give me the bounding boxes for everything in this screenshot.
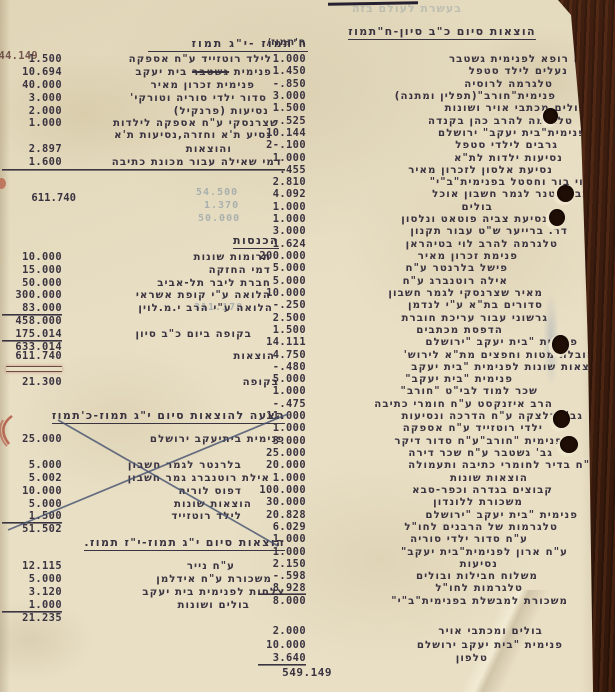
row-label: נסיעות ילדות לת"א bbox=[306, 153, 563, 164]
row-amount: 611.740 bbox=[2, 350, 62, 362]
ledger-row: דר. ברייער ש"ט עבור תקנון 3.000 bbox=[258, 225, 598, 237]
row-label: ע"ח רופא לפנימית גשטבר bbox=[306, 54, 596, 65]
double-rule bbox=[6, 366, 62, 372]
row-label: נעלים לילד סטפל bbox=[306, 66, 568, 77]
row-label: לילד רוטזייד ע"ח אספקה bbox=[62, 54, 272, 65]
row-label: טלגרמות של הרבנים לחו"ל bbox=[306, 522, 558, 533]
paper-sheet: הוצאות סיום כ"ב סיון-ח"תמוז ח'תמוז/ ח'תמ… bbox=[0, 0, 615, 692]
row-amount: 2.000 bbox=[258, 625, 306, 637]
row-label: פנימית "בית יעקב" bbox=[306, 374, 513, 385]
row-label: קבוצים בגדרה וכפר-סבא bbox=[306, 485, 553, 496]
row-amount: 3.120 bbox=[2, 586, 62, 598]
row-label: בולים ומכתבי אויר bbox=[306, 626, 543, 637]
ledger-row: נסיעת אלסון לזכרון מאיר -.455 bbox=[258, 164, 598, 176]
ledger-row: טלגרמה להרב לוי בטיהראן 1.624 bbox=[258, 238, 598, 250]
bleed-through-text: 1.370 bbox=[204, 200, 239, 211]
ledger-row: פנימית "חורב"ע"ח סדור דיקר 3.000 bbox=[258, 435, 598, 447]
ledger-row: נעלים לילד סטפל 1.450 bbox=[258, 65, 598, 77]
ledger-row: הלואה ע"י הרב י.מ.לוין 83.000 bbox=[2, 302, 285, 315]
row-amount: 3.640 bbox=[258, 652, 306, 664]
ledger-row: 458.000 bbox=[2, 315, 285, 328]
ledger-row: בולים 1.000 bbox=[258, 201, 598, 213]
row-label: טלגרמה להרב לוי בטיהראן bbox=[306, 239, 558, 250]
row-label: טלגרמות לחו"ל bbox=[306, 583, 523, 594]
row-label: שכר למוד לבי"ט "חורב" bbox=[306, 386, 538, 397]
summary-expenses-row: הוצאות 611.740 bbox=[2, 350, 285, 363]
red-mark bbox=[0, 178, 6, 189]
row-amount: 15.000 bbox=[2, 264, 62, 276]
row-label: משכורת למבשלת בפנימית"ב"י" bbox=[306, 596, 568, 607]
row-amount: 1.600 bbox=[2, 156, 62, 168]
ledger-row: גרשוני עבור עריכת חוברת 2.500 bbox=[258, 312, 598, 324]
left-expenses-list: לילד רוטזייד ע"ח אספקה 544.1491.500 פנימ… bbox=[2, 53, 285, 169]
row-amount: 1.000 bbox=[258, 201, 306, 213]
ledger-row: קבוצים בגדרה וכפר-סבא 100.000 bbox=[258, 484, 598, 496]
ledger-row: הרב איזנקסט ע"ח חומרי כתיבה -.475 bbox=[258, 398, 598, 410]
row-amount: 1.000 bbox=[2, 117, 62, 129]
row-label: ע"ח נייר bbox=[62, 561, 235, 572]
row-label: נקוי בור וחסטל בפנימית"ב"י" bbox=[306, 177, 598, 188]
row-amount: 83.000 bbox=[2, 302, 62, 314]
row-label: צלחות לפנימית בית יעקב bbox=[62, 587, 285, 598]
ledger-row: דמי החזקה 15.000 bbox=[2, 264, 285, 277]
overstruck-number: 544.149 bbox=[0, 50, 38, 62]
row-amount: 175.014 bbox=[2, 328, 62, 340]
ledger-row: נסיע ת'א וחזרה,נסיעות ת'א bbox=[2, 130, 285, 143]
row-label: הרב איזנקסט ע"ח חומרי כתיבה bbox=[306, 399, 553, 410]
row-label: חברת ליבר תל-אביב bbox=[62, 278, 271, 289]
row-label: סדור ילדי סוריה וטורקי' bbox=[62, 93, 267, 104]
ledger-row: סדורים בת"א ע"י לנדמן -.250 bbox=[258, 299, 598, 311]
ledger-row: משכורת למבשלת בפנימית"ב"י" 8.000 bbox=[258, 595, 598, 607]
row-amount: 10.000 bbox=[258, 639, 306, 651]
ledger-row: בולים ושונות 1.000 bbox=[2, 599, 285, 612]
ledger-row: פנימית "בית יעקב "ירושלם 14.111 bbox=[258, 336, 598, 348]
header-rule bbox=[148, 51, 308, 53]
row-label: סדורים בת"א ע"י לנדמן bbox=[306, 300, 543, 311]
ledger-row: פנימית"חורב"(תפלין ומתנה) 3.000 bbox=[258, 90, 598, 102]
row-label: פנימית "בית יעקב "ירושלם bbox=[306, 337, 578, 348]
ledger-row: צלחות לפנימית בית יעקב 3.120 bbox=[2, 586, 285, 599]
ledger-row: נסיעת צביה פוטאט ונלסון 1.000 bbox=[258, 213, 598, 225]
ledger-row: ילדי רוטזייד ע"ח אספקה 1.000 bbox=[258, 422, 598, 434]
row-label: פנימת זכרון מאיר bbox=[306, 251, 518, 262]
row-label: ע"ח ארון לפנימית"בית יעקב" bbox=[306, 547, 568, 558]
row-label: מאיר שצרנסקי לגמר חשבון bbox=[306, 288, 543, 299]
row-label: גרבים לילדי סטפל bbox=[306, 140, 558, 151]
row-amount: 2.000 bbox=[2, 105, 62, 117]
grand-total: 549.149 bbox=[274, 666, 332, 679]
ledger-row: פנימת זכרון מאיר 200.000 bbox=[258, 250, 598, 262]
row-label: הלואה ע"י קופת אשראי bbox=[62, 290, 271, 301]
row-label: גב'גשטנר לגמר חשבון אוכל bbox=[306, 189, 588, 200]
row-label: משכורת ע"ח אידלמן bbox=[62, 574, 272, 585]
ledger-row: גב' גשטבר ע"ח שכר דירה 25.000 bbox=[258, 447, 598, 459]
row-label: טלפון bbox=[306, 653, 488, 664]
ledger-row: מאיר שצרנסקי לגמר חשבון 10.000 bbox=[258, 287, 598, 299]
row-label: טלגרמה לרוסיה bbox=[306, 79, 553, 90]
row-label: דמי שאילה עבור מכונת כתיבה bbox=[62, 157, 282, 168]
row-label: שצרנסקי ע"ח אספקה לילדות bbox=[62, 118, 279, 129]
punch-hole bbox=[549, 209, 565, 226]
row-amount: 5.000 bbox=[2, 573, 62, 585]
red-pencil-mark bbox=[0, 414, 20, 450]
ledger-row: גב'גשטנר לגמר חשבון אוכל 4.092 bbox=[258, 188, 598, 200]
row-amount: 2.897 bbox=[2, 143, 62, 155]
ledger-row: הלואה ע"י קופת אשראי 300.000 bbox=[2, 289, 285, 302]
row-label: בקופה bbox=[62, 377, 279, 388]
row-label: בקופה ביום כ"ב סיון bbox=[62, 329, 252, 340]
ledger-row: נסיעות (פרנקיל) 2.000 bbox=[2, 105, 285, 118]
row-label: הוצאות bbox=[62, 351, 275, 362]
row-label: הדפסת מכתבים bbox=[306, 325, 503, 336]
row-label: ילדי רוטזייד ע"ח אספקה bbox=[306, 423, 543, 434]
row-label: והוצאות bbox=[62, 144, 232, 155]
row-label: הצאות שונות לפנימית "בית יעקב bbox=[306, 362, 598, 373]
ledger-row: תרומות שונות 10.000 bbox=[2, 251, 285, 264]
ledger-row: חברת ליבר תל-אביב 50.000 bbox=[2, 277, 285, 290]
row-amount: 4.092 bbox=[258, 188, 306, 200]
ledger-row: הוצאות שונות 1.000 bbox=[258, 472, 598, 484]
row-amount: 21.300 bbox=[2, 376, 62, 388]
row-label: תרומות שונות bbox=[62, 252, 271, 263]
income-list: תרומות שונות 10.000 דמי החזקה 15.000 חבר… bbox=[2, 251, 285, 353]
bleed-through-text: 50.000 bbox=[198, 213, 240, 224]
row-label: נסיעות bbox=[306, 559, 498, 570]
ledger-row: ע"ח סדור ילדי סוריה 1.000 bbox=[258, 533, 598, 545]
row-amount: 40.000 bbox=[2, 79, 62, 91]
punch-hole bbox=[557, 185, 574, 202]
punch-hole bbox=[543, 108, 558, 124]
left-section-title: ח'תמוז -י"ג תמוז bbox=[150, 37, 308, 50]
row-label: אילה רוטנברג ע"ח bbox=[306, 276, 508, 287]
ledger-row: שכר למוד לבי"ט "חורב" 1.000 bbox=[258, 385, 598, 397]
row-amount: 1.000 bbox=[258, 213, 306, 225]
ledger-row: הובלת מטות וחפצים מת"א לירוש' 4.750 bbox=[258, 349, 598, 361]
row-amount: 544.1491.500 bbox=[2, 53, 62, 65]
summary-section: הוצאות 611.740 בקופה 21.300 bbox=[2, 350, 285, 389]
ledger-row: דמי שאילה עבור מכונת כתיבה 1.600 bbox=[2, 156, 285, 169]
ledger-row: פנימית "בית יעקב "ירושלם 20.828 bbox=[258, 509, 598, 521]
ledger-row: ע"ח רופא לפנימית גשטבר 1.000 bbox=[258, 53, 598, 65]
ledger-row: אילה רוטנברג ע"ח 5.000 bbox=[258, 275, 598, 287]
row-label: נסיעות (פרנקיל) bbox=[62, 106, 269, 117]
income-title-wrap: הכנסות bbox=[2, 229, 279, 249]
document-page: הוצאות סיום כ"ב סיון-ח"תמוז ח'תמוז/ ח'תמ… bbox=[0, 0, 615, 692]
row-label: פנימית זכרון מאיר bbox=[62, 80, 255, 91]
row-amount: 3.000 bbox=[2, 92, 62, 104]
row-amount: 2.810 bbox=[258, 176, 306, 188]
row-amount: 1.000 bbox=[2, 599, 62, 611]
row-label: הלואה ע"י הרב י.מ.לוין bbox=[62, 303, 273, 314]
expenses-list: ע"ח רופא לפנימית גשטבר 1.000 נעלים לילד … bbox=[258, 53, 598, 607]
row-label: פנימית"בית יעקב" ירושלם bbox=[306, 128, 586, 139]
ledger-row: פנימית "בית יעקב" 5.000 bbox=[258, 373, 598, 385]
ledger-row: משלוח חבילות ובולים -.598 bbox=[258, 570, 598, 582]
row-amount: 10.694 bbox=[2, 66, 62, 78]
ledger-row: גב'שדלצקה ע"ח הדרכה ונסיעות 11.000 bbox=[258, 410, 598, 422]
row-label: פישל בלרנטר ע"ח bbox=[306, 263, 508, 274]
expenses-section-title: הוצאות סיום כ"ב סיון-ח"תמוז bbox=[348, 25, 536, 40]
ledger-row: טלגרמות לחו"ל 8.928 bbox=[258, 582, 598, 594]
ledger-row: לילד רוטזייד ע"ח אספקה 544.1491.500 bbox=[2, 53, 285, 66]
row-label: פנימית "בית יעקב "ירושלם bbox=[306, 510, 578, 521]
row-label: משכורת ללונדון bbox=[306, 497, 523, 508]
row-amount: 12.115 bbox=[2, 560, 62, 572]
row-label: נסיעת אלסון לזכרון מאיר bbox=[306, 165, 553, 176]
row-label: בולים ושונות bbox=[62, 600, 250, 611]
row-label: משלוח חבילות ובולים bbox=[306, 571, 538, 582]
row-label: דר. ברייער ש"ט עבור תקנון bbox=[306, 226, 568, 237]
ledger-row: נסיעות ילדות לת"א 1.000 bbox=[258, 152, 598, 164]
row-label: נסיע ת'א וחזרה,נסיעות ת'א bbox=[62, 130, 272, 141]
ledger-row: ע"ח ארון לפנימית"בית יעקב" 1.000 bbox=[258, 546, 598, 558]
row-label: בולים bbox=[306, 202, 493, 213]
punch-hole bbox=[560, 436, 578, 453]
row-label: טלגרמה להרב כהן בקנדה bbox=[306, 116, 573, 127]
row-label: גב' גשטבר ע"ח שכר דירה bbox=[306, 448, 553, 459]
ledger-row: גרבים לילדי סטפל 2-.100 bbox=[258, 139, 598, 151]
ledger-row: משכורת ע"ח אידלמן 5.000 bbox=[2, 573, 285, 586]
punch-hole bbox=[553, 410, 570, 428]
ledger-row: בולים ומכתבי אויר 2.000 bbox=[258, 625, 598, 639]
row-label: פנימית "חורב"ע"ח סדור דיקר bbox=[306, 436, 563, 447]
income-section: הכנסות תרומות שונות 10.000 דמי החזקה 15.… bbox=[2, 229, 285, 353]
row-amount: 50.000 bbox=[2, 277, 62, 289]
ledger-row: בקופה ביום כ"ב סיון 175.014 bbox=[2, 328, 285, 341]
row-label: נסיעת צביה פוטאט ונלסון bbox=[306, 214, 548, 225]
row-label: פנימית "בית יעקב ירושלם bbox=[306, 640, 563, 651]
income-section-title: הכנסות bbox=[233, 234, 279, 249]
row-amount: 10.000 bbox=[2, 251, 62, 263]
ledger-row: שצרנסקי ע"ח אספקה לילדות 1.000 bbox=[2, 117, 285, 130]
expenses-title-wrap: הוצאות סיום כ"ב סיון-ח"תמוז bbox=[300, 20, 536, 40]
ledger-row: טלגרמות של הרבנים לחו"ל 6.029 bbox=[258, 521, 598, 533]
ledger-row: נסיעות 2.150 bbox=[258, 558, 598, 570]
ledger-row: פנימית גשטבר בית יעקב 10.694 bbox=[2, 66, 285, 79]
ledger-row: פישל בלרנטר ע"ח 5.000 bbox=[258, 262, 598, 274]
cross-out-mark bbox=[0, 408, 300, 558]
ledger-row: נקוי בור וחסטל בפנימית"ב"י" 2.810 bbox=[258, 176, 598, 188]
row-label: גב'שדלצקה ע"ח הדרכה ונסיעות bbox=[306, 411, 583, 422]
ledger-row: הצאות שונות לפנימית "בית יעקב -.480 bbox=[258, 361, 598, 373]
row-label: הובלת מטות וחפצים מת"א לירוש' bbox=[306, 350, 595, 361]
ledger-row: פנימית "בית יעקב ירושלם 10.000 bbox=[258, 639, 598, 653]
bleed-through-text: 54.500 bbox=[196, 187, 238, 198]
final-list: ע"ח נייר 12.115 משכורת ע"ח אידלמן 5.000 … bbox=[2, 560, 285, 625]
ledger-row: פנימית"בית יעקב" ירושלם 10.144 bbox=[258, 127, 598, 139]
ledger-row: טלפון 3.640 bbox=[258, 652, 598, 666]
row-amount: 300.000 bbox=[2, 289, 62, 301]
row-amount: 458.000 bbox=[2, 315, 62, 327]
row-label: דמי החזקה bbox=[62, 265, 271, 276]
ledger-row: והוצאות 2.897 bbox=[2, 143, 285, 156]
ledger-row: טלגרמה לרוסיה -.850 bbox=[258, 78, 598, 90]
ledger-row: 21.235 bbox=[2, 612, 285, 625]
expenses-list-continued: בולים ומכתבי אויר 2.000 פנימית "בית יעקב… bbox=[258, 625, 598, 666]
row-label: גרשוני עבור עריכת חוברת bbox=[306, 313, 548, 324]
row-label: הוצאות שונות bbox=[306, 473, 528, 484]
ledger-row: ע"ח נייר 12.115 bbox=[2, 560, 285, 573]
ledger-row: משכורת ללונדון 30.000 bbox=[258, 496, 598, 508]
left-section-total: 611.740 bbox=[4, 192, 76, 204]
ledger-row: ע"ח בדיר לחומרי כתיבה ותעמולה 20.000 bbox=[258, 459, 598, 471]
ledger-row: פנימית זכרון מאיר 40.000 bbox=[2, 79, 285, 92]
summary-cash-row: בקופה 21.300 bbox=[2, 376, 285, 389]
row-amount: 21.235 bbox=[2, 612, 62, 624]
row-label: פנימית"חורב"(תפלין ומתנה) bbox=[306, 91, 556, 102]
row-label: ע"ח בדיר לחומרי כתיבה ותעמולה bbox=[306, 460, 598, 471]
ledger-row: סדור ילדי סוריה וטורקי' 3.000 bbox=[2, 92, 285, 105]
row-label: פנימית גשטבר בית יעקב bbox=[62, 67, 272, 78]
punch-hole bbox=[552, 335, 569, 354]
row-label: ע"ח סדור ילדי סוריה bbox=[306, 534, 528, 545]
ledger-row: הדפסת מכתבים 1.500 bbox=[258, 324, 598, 336]
